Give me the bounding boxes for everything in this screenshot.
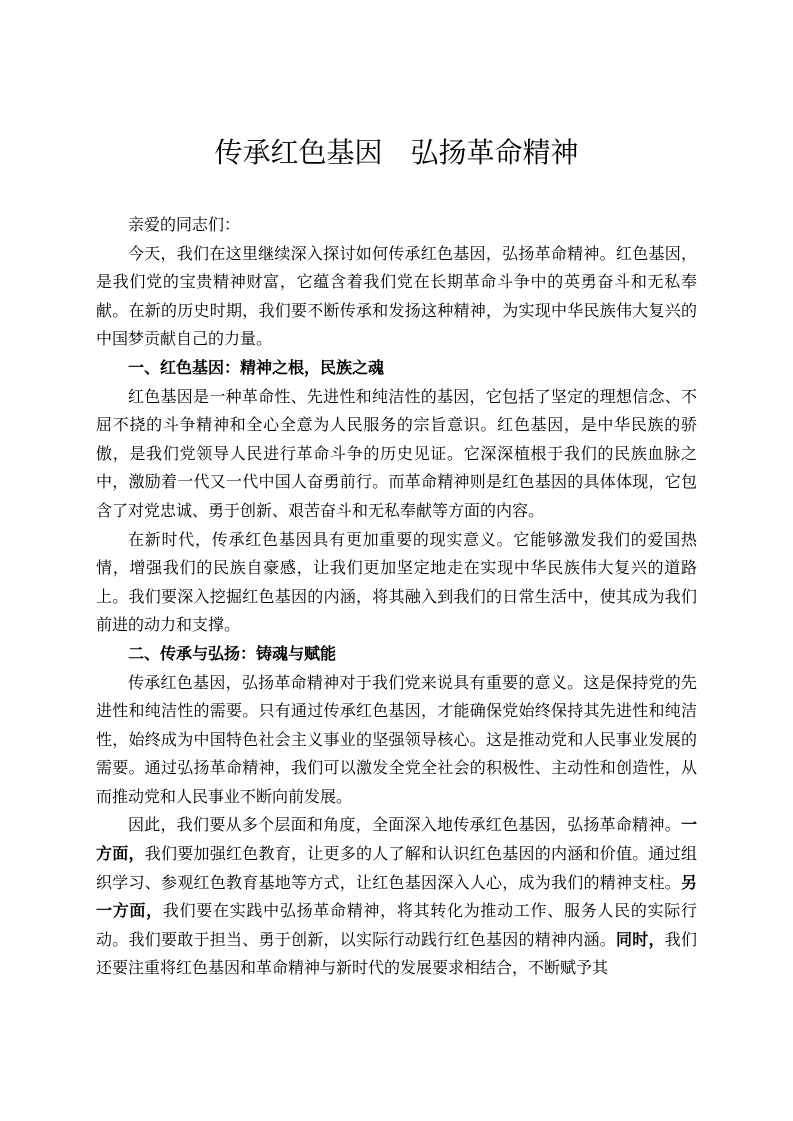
section-heading: 二、传承与弘扬：铸魂与赋能 (96, 641, 697, 670)
paragraph: 传承红色基因，弘扬革命精神对于我们党来说具有重要的意义。这是保持党的先进性和纯洁… (96, 670, 697, 813)
document-page: 传承红色基因 弘扬革命精神 亲爱的同志们： 今天，我们在这里继续深入探讨如何传承… (0, 0, 793, 1121)
paragraph: 在新时代，传承红色基因具有更加重要的现实意义。它能够激发我们的爱国热情，增强我们… (96, 527, 697, 641)
paragraph: 今天，我们在这里继续深入探讨如何传承红色基因，弘扬革命精神。红色基因，是我们党的… (96, 241, 697, 355)
text-run: 我们要加强红色教育，让更多的人了解和认识红色基因的内涵和价值。通过组织学习、参观… (96, 846, 697, 892)
text-run: 我们要在实践中弘扬革命精神，将其转化为推动工作、服务人民的实际行动。我们要敢于担… (96, 903, 697, 949)
text-run: 传承红色基因，弘扬革命精神对于我们党来说具有重要的意义。这是保持党的先进性和纯洁… (96, 675, 697, 806)
paragraph: 红色基因是一种革命性、先进性和纯洁性的基因，它包括了坚定的理想信念、不屈不挠的斗… (96, 384, 697, 527)
paragraph: 因此，我们要从多个层面和角度，全面深入地传承红色基因，弘扬革命精神。一方面，我们… (96, 812, 697, 984)
document-body: 今天，我们在这里继续深入探讨如何传承红色基因，弘扬革命精神。红色基因，是我们党的… (96, 241, 697, 984)
bold-text-run: 同时， (616, 932, 665, 949)
document-title: 传承红色基因 弘扬革命精神 (96, 134, 697, 174)
text-run: 红色基因是一种革命性、先进性和纯洁性的基因，它包括了坚定的理想信念、不屈不挠的斗… (96, 389, 697, 520)
bold-text-run: 二、传承与弘扬：铸魂与赋能 (128, 646, 336, 663)
section-heading: 一、红色基因：精神之根，民族之魂 (96, 355, 697, 384)
bold-text-run: 一、红色基因：精神之根，民族之魂 (128, 360, 384, 377)
text-run: 在新时代，传承红色基因具有更加重要的现实意义。它能够激发我们的爱国热情，增强我们… (96, 532, 697, 635)
text-run: 今天，我们在这里继续深入探讨如何传承红色基因，弘扬革命精神。红色基因，是我们党的… (96, 246, 697, 349)
text-run: 因此，我们要从多个层面和角度，全面深入地传承红色基因，弘扬革命精神。 (128, 817, 681, 834)
salutation-line: 亲爱的同志们： (96, 212, 697, 241)
